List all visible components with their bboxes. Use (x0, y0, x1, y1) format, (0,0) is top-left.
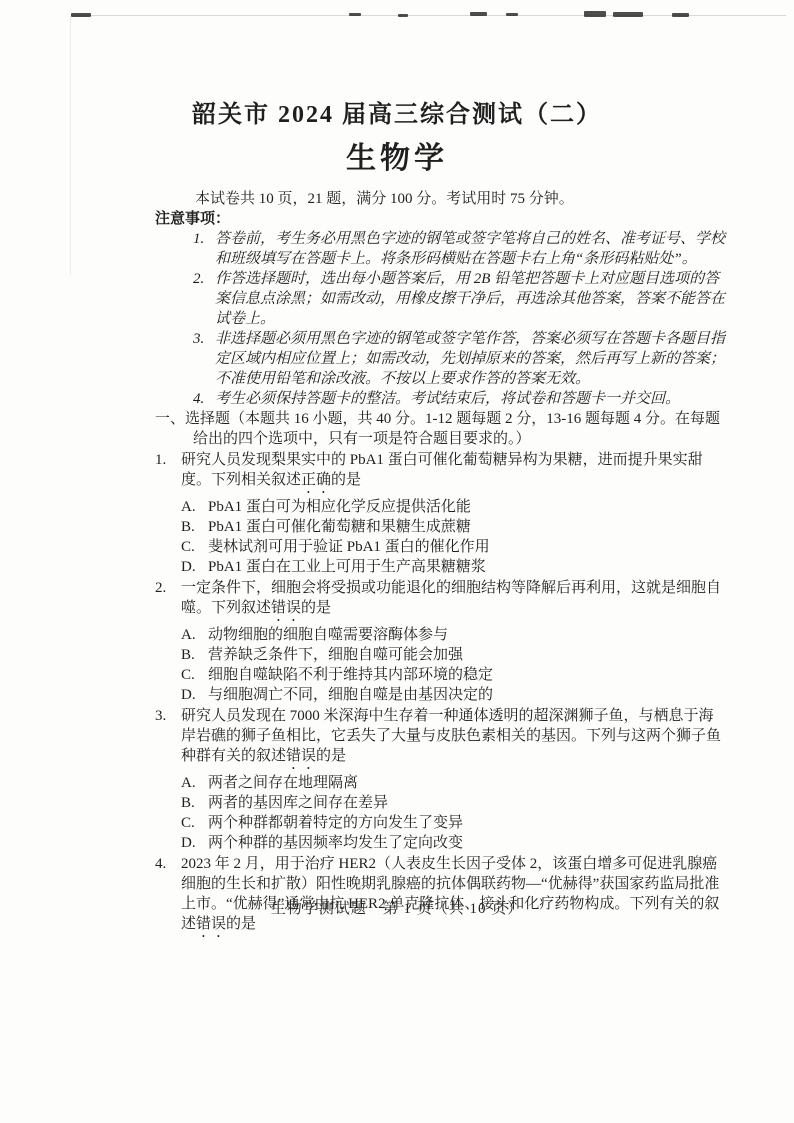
note-item-3: 3.非选择题必须用黑色字迹的钢笔或签字笔作答，答案必须写在答题卡各题目指定区域内… (155, 329, 725, 389)
question-3-option-a: A.两者之间存在地理隔离 (181, 773, 725, 793)
note-text: 考生必须保持答题卡的整洁。考试结束后，将试卷和答题卡一并交回。 (215, 389, 725, 409)
option-text: 两者的基因库之间存在差异 (208, 793, 725, 813)
option-text: 两者之间存在地理隔离 (208, 773, 725, 793)
option-label: B. (181, 517, 208, 537)
note-text: 非选择题必须用黑色字迹的钢笔或签字笔作答，答案必须写在答题卡各题目指定区域内相应… (215, 329, 725, 389)
scan-artifact (398, 14, 408, 17)
option-label: A. (181, 625, 208, 645)
question-1-option-b: B.PbA1 蛋白可催化葡萄糖和果糖生成蔗糖 (181, 517, 725, 537)
note-item-4: 4.考生必须保持答题卡的整洁。考试结束后，将试卷和答题卡一并交回。 (155, 389, 725, 409)
option-text: 营养缺乏条件下，细胞自噬可能会加强 (208, 645, 725, 665)
scan-artifact (71, 13, 91, 17)
scan-artifact (506, 13, 518, 16)
question-2-option-d: D.与细胞凋亡不同，细胞自噬是由基因决定的 (181, 685, 725, 705)
stem-text: 的是 (316, 748, 346, 764)
option-label: D. (181, 557, 208, 577)
option-text: 动物细胞的细胞自噬需要溶酶体参与 (208, 625, 725, 645)
question-3-option-b: B.两者的基因库之间存在差异 (181, 793, 725, 813)
option-text: PbA1 蛋白可为相应化学反应提供活化能 (208, 497, 725, 517)
question-number: 2. (155, 578, 181, 625)
option-label: C. (181, 537, 208, 557)
option-label: D. (181, 833, 208, 853)
option-text: PbA1 蛋白在工业上可用于生产高果糖糖浆 (208, 557, 725, 577)
question-2-option-c: C.细胞自噬缺陷不利于维持其内部环境的稳定 (181, 665, 725, 685)
scan-artifact (613, 12, 643, 17)
question-3-option-c: C.两个种群都朝着特定的方向发生了变异 (181, 813, 725, 833)
question-stem: 一定条件下，细胞会将受损或功能退化的细胞结构等降解后再利用，这就是细胞自噬。下列… (181, 578, 725, 625)
option-text: 细胞自噬缺陷不利于维持其内部环境的稳定 (208, 665, 725, 685)
option-text: 两个种群的基因频率均发生了定向改变 (208, 833, 725, 853)
question-stem: 研究人员发现梨果实中的 PbA1 蛋白可催化葡萄糖异构为果糖，进而提升果实甜度。… (181, 450, 725, 497)
option-text: PbA1 蛋白可催化葡萄糖和果糖生成蔗糖 (208, 517, 725, 537)
question-2-option-b: B.营养缺乏条件下，细胞自噬可能会加强 (181, 645, 725, 665)
option-label: B. (181, 645, 208, 665)
exam-page: 韶关市 2024 届高三综合测试（二） 生物学 本试卷共 10 页，21 题，满… (0, 0, 794, 1123)
stem-text: 研究人员发现梨果实中的 PbA1 蛋白可催化葡萄糖异构为果糖，进而提升果实甜度。… (181, 452, 703, 488)
note-number: 1. (193, 229, 215, 269)
scan-artifact (349, 13, 361, 16)
option-label: C. (181, 665, 208, 685)
stem-emphasis: 错误 (196, 916, 226, 932)
exam-intro: 本试卷共 10 页，21 题，满分 100 分。考试用时 75 分钟。 (155, 189, 725, 209)
note-item-1: 1.答卷前，考生务必用黑色字迹的钢笔或签字笔将自己的姓名、准考证号、学校和班级填… (155, 229, 725, 269)
exam-subtitle: 生物学 (0, 133, 794, 177)
question-1: 1.研究人员发现梨果实中的 PbA1 蛋白可催化葡萄糖异构为果糖，进而提升果实甜… (155, 450, 725, 497)
note-text: 作答选择题时，选出每小题答案后，用 2B 铅笔把答题卡上对应题目选项的答案信息点… (215, 269, 725, 329)
stem-emphasis: 正确 (301, 472, 331, 488)
question-3-option-d: D.两个种群的基因频率均发生了定向改变 (181, 833, 725, 853)
notes-heading: 注意事项： (155, 209, 725, 229)
stem-emphasis: 错误 (286, 748, 316, 764)
stem-text: 研究人员发现在 7000 米深海中生存着一种通体透明的超深渊狮子鱼，与栖息于海岸… (181, 708, 721, 764)
question-1-option-d: D.PbA1 蛋白在工业上可用于生产高果糖糖浆 (181, 557, 725, 577)
stem-text: 的是 (331, 472, 361, 488)
scan-artifact (470, 12, 487, 16)
stem-emphasis: 错误 (271, 600, 301, 616)
scan-artifact (672, 13, 689, 17)
stem-text: 2023 年 2 月，用于治疗 HER2（人表皮生长因子受体 2，该蛋白增多可促… (181, 856, 719, 932)
question-1-option-c: C.斐林试剂可用于验证 PbA1 蛋白的催化作用 (181, 537, 725, 557)
option-text: 与细胞凋亡不同，细胞自噬是由基因决定的 (208, 685, 725, 705)
question-number: 1. (155, 450, 181, 497)
note-text: 答卷前，考生务必用黑色字迹的钢笔或签字笔将自己的姓名、准考证号、学校和班级填写在… (215, 229, 725, 269)
page-footer: 生物学测试题 第 1 页（共 10 页） (0, 897, 794, 918)
note-number: 3. (193, 329, 215, 389)
scan-artifact (584, 11, 606, 17)
exam-title: 韶关市 2024 届高三综合测试（二） (0, 94, 794, 129)
stem-text: 的是 (226, 916, 256, 932)
option-label: C. (181, 813, 208, 833)
stem-text: 一定条件下，细胞会将受损或功能退化的细胞结构等降解后再利用，这就是细胞自噬。下列… (181, 580, 721, 616)
question-2: 2.一定条件下，细胞会将受损或功能退化的细胞结构等降解后再利用，这就是细胞自噬。… (155, 578, 725, 625)
note-number: 4. (193, 389, 215, 409)
stem-text: 的是 (301, 600, 331, 616)
option-label: A. (181, 497, 208, 517)
question-stem: 研究人员发现在 7000 米深海中生存着一种通体透明的超深渊狮子鱼，与栖息于海岸… (181, 706, 725, 773)
option-label: B. (181, 793, 208, 813)
section-heading: 一、选择题（本题共 16 小题，共 40 分。1-12 题每题 2 分，13-1… (155, 409, 725, 449)
question-2-option-a: A.动物细胞的细胞自噬需要溶酶体参与 (181, 625, 725, 645)
note-item-2: 2.作答选择题时，选出每小题答案后，用 2B 铅笔把答题卡上对应题目选项的答案信… (155, 269, 725, 329)
option-label: D. (181, 685, 208, 705)
question-number: 3. (155, 706, 181, 773)
option-label: A. (181, 773, 208, 793)
option-text: 斐林试剂可用于验证 PbA1 蛋白的催化作用 (208, 537, 725, 557)
note-number: 2. (193, 269, 215, 329)
question-3: 3.研究人员发现在 7000 米深海中生存着一种通体透明的超深渊狮子鱼，与栖息于… (155, 706, 725, 773)
option-text: 两个种群都朝着特定的方向发生了变异 (208, 813, 725, 833)
question-1-option-a: A.PbA1 蛋白可为相应化学反应提供活化能 (181, 497, 725, 517)
exam-body: 本试卷共 10 页，21 题，满分 100 分。考试用时 75 分钟。 注意事项… (155, 189, 725, 941)
